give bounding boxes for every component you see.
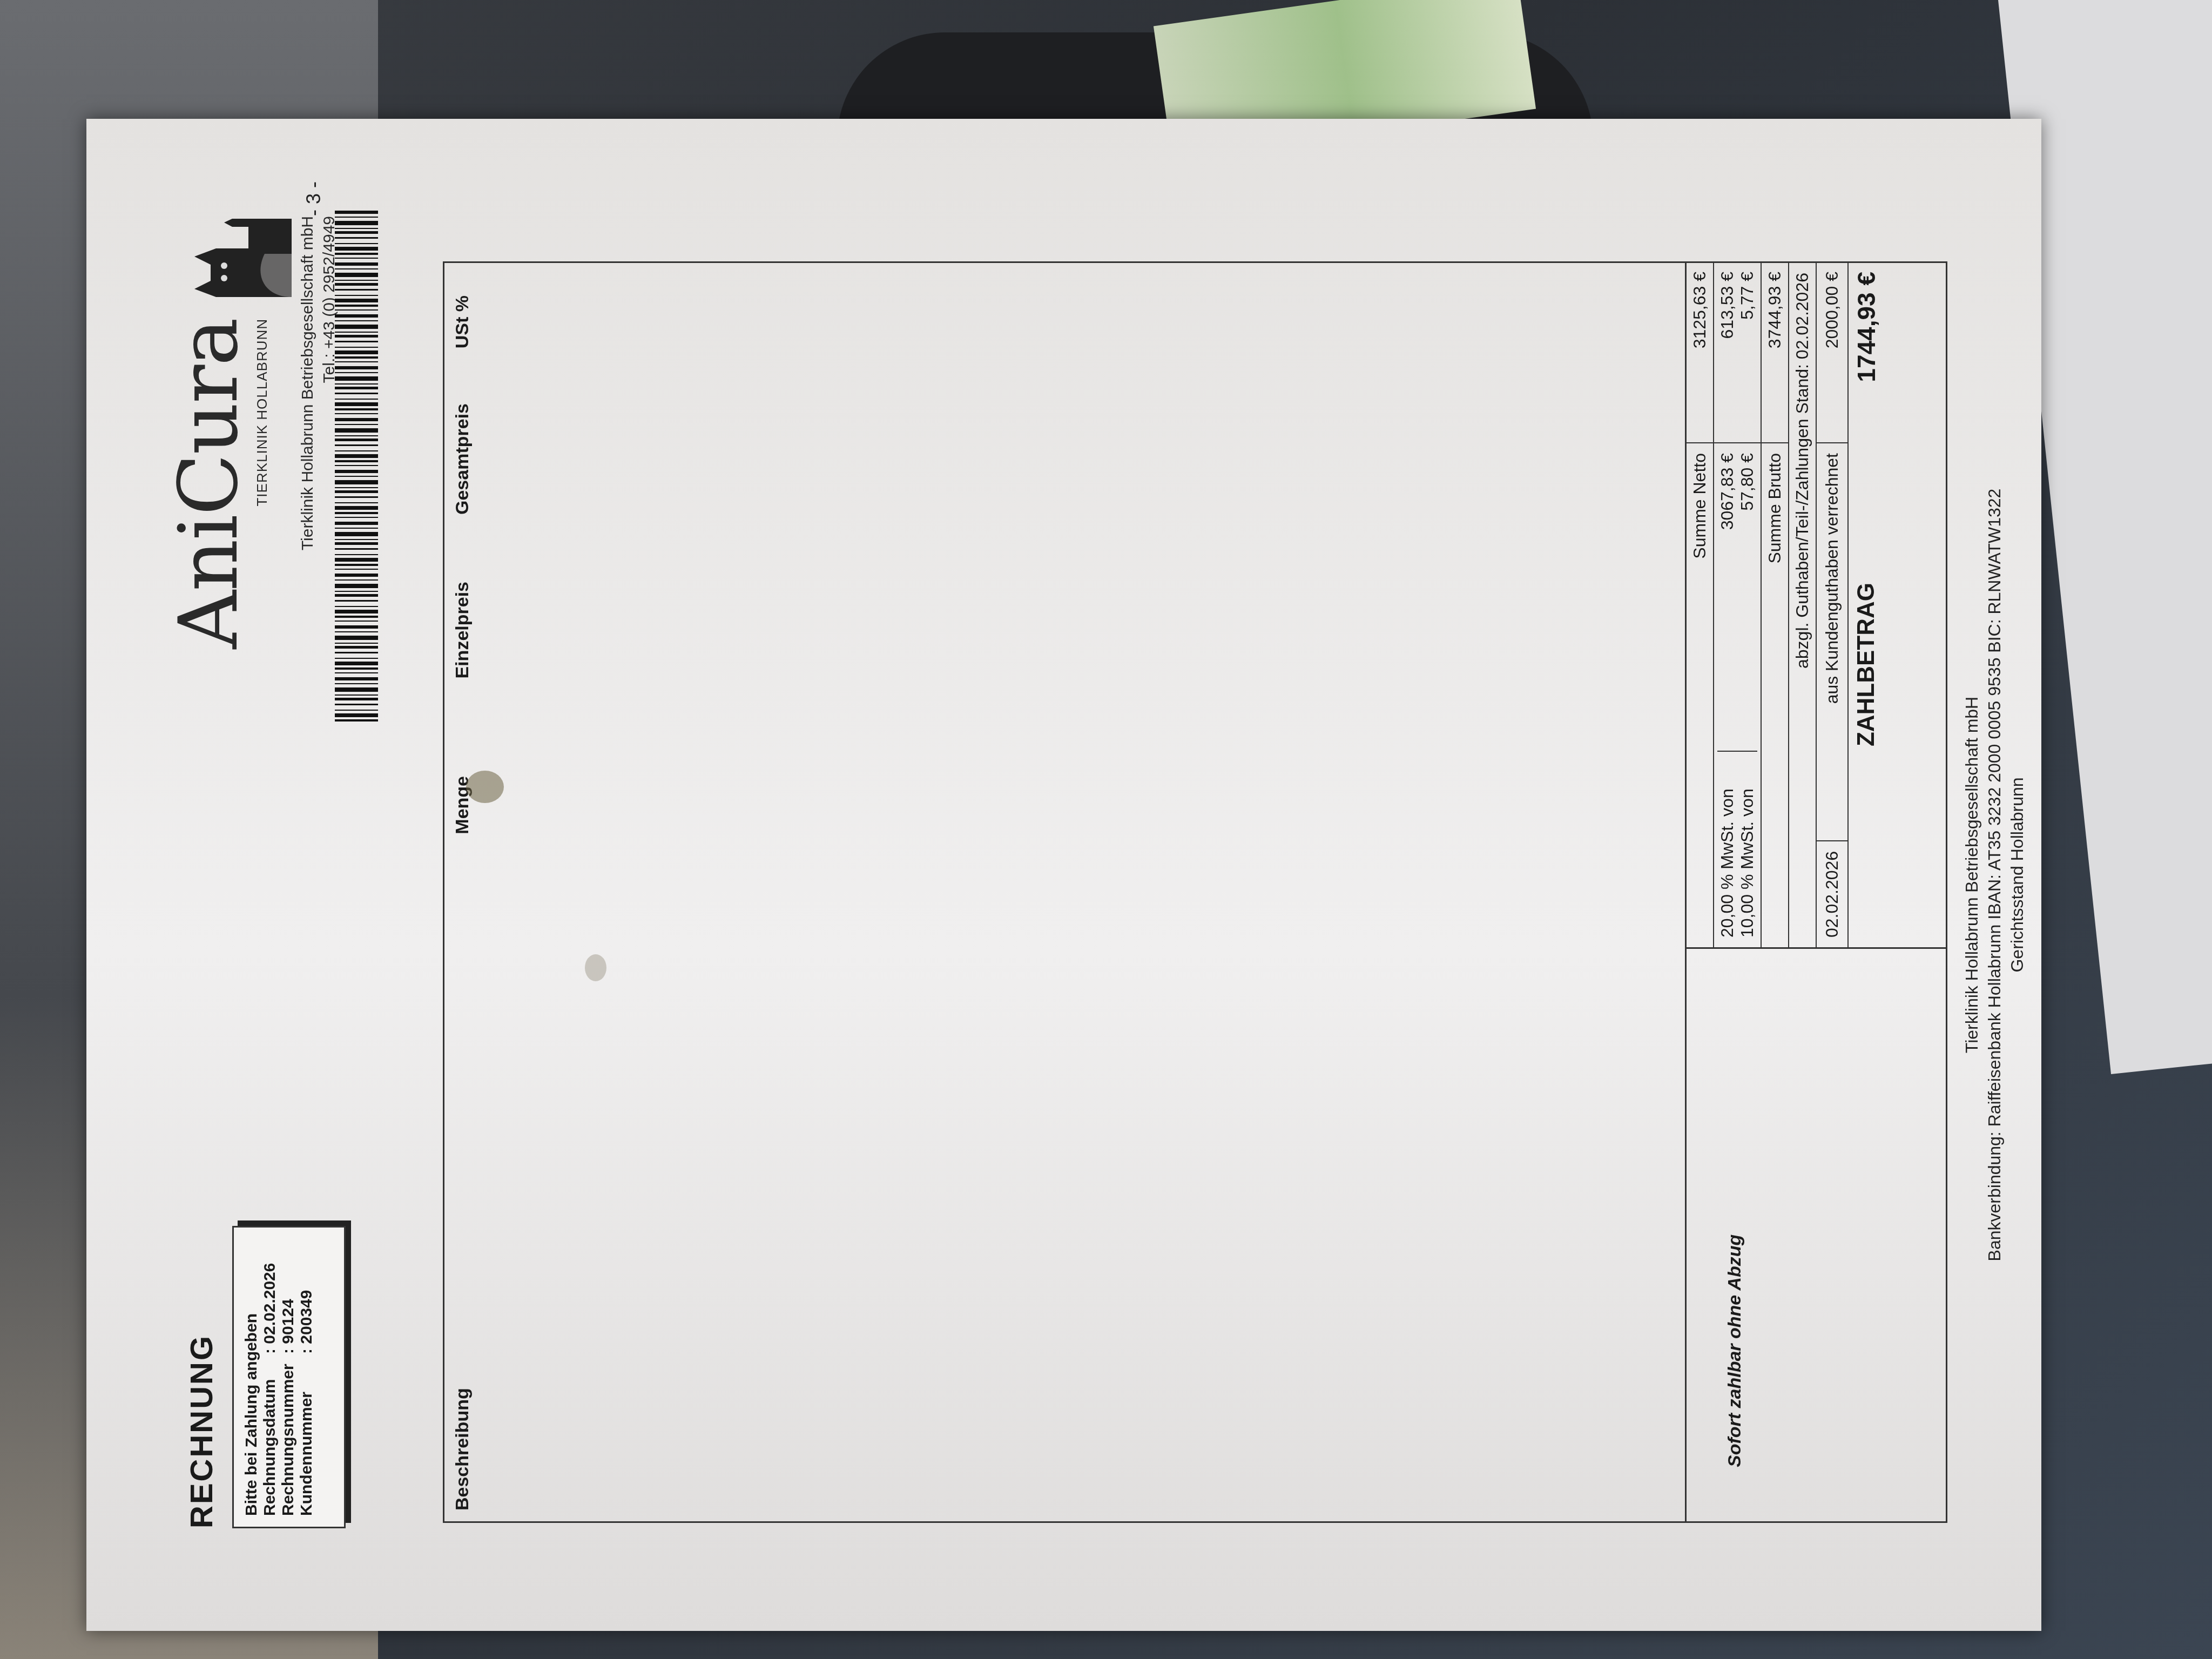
invoice-photo: RECHNUNG Bitte bei Zahlung angeben Rechn… bbox=[86, 119, 2041, 1631]
paper-stain bbox=[585, 954, 606, 981]
invoice-number: : 90124 bbox=[279, 1299, 298, 1354]
vat-20-base: 3067,83 € bbox=[1717, 453, 1737, 530]
bank-footer: Tierklinik Hollabrunn Betriebsgesellscha… bbox=[1960, 119, 2028, 1631]
cats-logo-icon bbox=[173, 216, 292, 308]
deduction-row: abzgl. Guthaben/Teil-/Zahlungen Stand: 0… bbox=[1789, 263, 1817, 947]
footer-company: Tierklinik Hollabrunn Betriebsgesellscha… bbox=[1960, 119, 1983, 1631]
totals-section: Sofort zahlbar ohne Abzug Summe Netto 31… bbox=[1685, 261, 1947, 1523]
column-unit-price: Einzelpreis bbox=[452, 582, 473, 776]
net-total-value: 3125,63 € bbox=[1687, 263, 1713, 442]
company-name: Tierklinik Hollabrunn Betriebsgesellscha… bbox=[297, 216, 319, 550]
vat-20-amount: 613,53 € bbox=[1717, 272, 1737, 339]
vat-10-amount: 5,77 € bbox=[1737, 272, 1757, 320]
amount-due-label: ZAHLBETRAG bbox=[1849, 442, 1884, 947]
totals-table: Summe Netto 3125,63 € 20,00 % MwSt. von … bbox=[1687, 263, 1946, 947]
gross-total-value: 3744,93 € bbox=[1762, 263, 1788, 442]
line-items-table: Beschreibung Menge Einzelpreis Gesamtpre… bbox=[443, 261, 1687, 1523]
column-total-price: Gesamtpreis bbox=[452, 403, 473, 582]
barcode bbox=[335, 211, 378, 729]
invoice-title: RECHNUNG bbox=[184, 1334, 220, 1528]
invoice-header: RECHNUNG Bitte bei Zahlung angeben Rechn… bbox=[151, 184, 432, 1550]
company-info: Tierklinik Hollabrunn Betriebsgesellscha… bbox=[297, 216, 340, 550]
page-number: - 3 - bbox=[302, 181, 325, 216]
column-quantity: Menge bbox=[452, 776, 473, 970]
vat-10-row: 10,00 % MwSt. von 57,80 € bbox=[1737, 453, 1757, 938]
footer-jurisdiction: Gerichtsstand Hollabrunn bbox=[2006, 119, 2028, 1631]
invoice-date: : 02.02.2026 bbox=[261, 1263, 279, 1354]
paper-stain bbox=[466, 771, 504, 803]
logo-subtitle: TIERKLINIK HOLLABRUNN bbox=[254, 319, 271, 507]
amount-due-row: ZAHLBETRAG 1744,93 € bbox=[1849, 263, 1884, 947]
vat-20-row: 20,00 % MwSt. von 3067,83 € bbox=[1717, 453, 1737, 938]
credit-description: aus Kundenguthaben verrechnet bbox=[1817, 443, 1847, 713]
customer-number: : 200349 bbox=[298, 1290, 316, 1354]
logo-wordmark: AniCura bbox=[162, 319, 256, 649]
payment-terms: Sofort zahlbar ohne Abzug bbox=[1687, 947, 1946, 1521]
line-items-header: Beschreibung Menge Einzelpreis Gesamtpre… bbox=[444, 263, 481, 1521]
amount-due-value: 1744,93 € bbox=[1849, 263, 1884, 442]
credit-date: 02.02.2026 bbox=[1817, 840, 1847, 947]
credit-amount: 2000,00 € bbox=[1817, 263, 1847, 443]
payment-reference-heading: Bitte bei Zahlung angeben bbox=[242, 1238, 261, 1516]
credit-row: 02.02.2026 aus Kundenguthaben verrechnet… bbox=[1817, 263, 1849, 947]
vat-rows: 20,00 % MwSt. von 3067,83 € 10,00 % MwSt… bbox=[1714, 263, 1762, 947]
invoice-date-row: Rechnungsdatum : 02.02.2026 bbox=[261, 1238, 279, 1516]
gross-total-row: Summe Brutto 3744,93 € bbox=[1762, 263, 1789, 947]
invoice-page: RECHNUNG Bitte bei Zahlung angeben Rechn… bbox=[86, 119, 2041, 1631]
payment-reference-box: Bitte bei Zahlung angeben Rechnungsdatum… bbox=[232, 1226, 346, 1528]
footer-bank-details: Bankverbindung: Raiffeisenbank Hollabrun… bbox=[1983, 119, 2006, 1631]
vat-10-base: 57,80 € bbox=[1737, 453, 1757, 511]
net-total-row: Summe Netto 3125,63 € bbox=[1687, 263, 1714, 947]
invoice-number-row: Rechnungsnummer : 90124 bbox=[279, 1238, 298, 1516]
column-description: Beschreibung bbox=[452, 970, 473, 1510]
column-vat: USt % bbox=[452, 295, 473, 403]
customer-number-row: Kundennummer : 200349 bbox=[298, 1238, 316, 1516]
